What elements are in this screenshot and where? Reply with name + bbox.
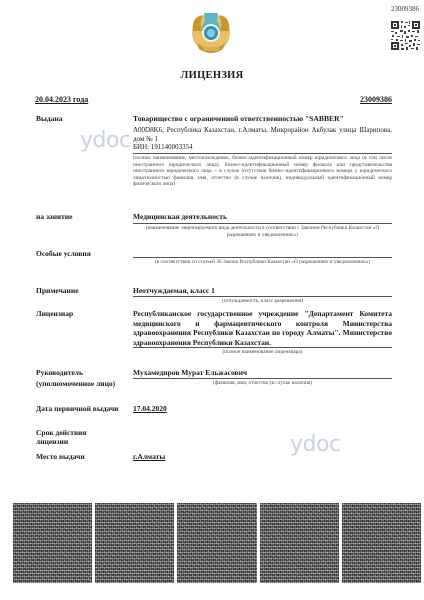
place-value: г.Алматы [133, 452, 165, 461]
issued-to-hint: (полное наименование, местонахождение, б… [133, 155, 392, 188]
note-label: Примечание [36, 286, 79, 295]
2d-barcode-icon [177, 503, 256, 583]
2d-barcode-icon [13, 503, 92, 583]
divider [133, 347, 392, 348]
activity-hint: (наименование лицензируемого вида деятел… [133, 225, 392, 238]
kazakhstan-state-emblem-icon [189, 9, 233, 56]
licensee-address: A00D8K6, Республика Казахстан, г.Алматы,… [133, 126, 392, 143]
licensor-hint: (полное наименование лицензиара) [133, 349, 392, 356]
issue-date: 20.04.2023 года [35, 95, 88, 104]
divider [133, 257, 392, 258]
licensee-name: Товарищество с ограниченной ответственно… [133, 114, 392, 123]
licensee-bin: БИН: 191140003354 [133, 143, 392, 152]
place-label: Место выдачи [36, 452, 85, 461]
issued-to-label: Выдана [36, 114, 62, 123]
first-issue-date-label: Дата первичной выдачи [36, 404, 119, 413]
2d-barcode-icon [342, 503, 421, 583]
divider [133, 223, 392, 224]
head-value: Мухамедиров Мурат Ельжасович [133, 368, 392, 377]
document-top-number: 23009386 [391, 5, 419, 13]
note-value: Неотчуждаемая, класс 1 [133, 286, 392, 295]
2d-barcode-icon [260, 503, 339, 583]
watermark-ydoc: ydoc [80, 128, 131, 153]
first-issue-date-value: 17.04.2020 [133, 404, 167, 413]
special-conditions-hint: (в соответствии со статьей 36 Закона Рес… [133, 259, 392, 266]
divider [133, 378, 392, 379]
note-hint: (отчуждаемость, класс разрешения) [133, 298, 392, 305]
head-label: Руководитель (уполномоченное лицо) [36, 368, 115, 388]
head-label-line1: Руководитель [36, 368, 115, 377]
licensor-value: Республиканское государственное учрежден… [133, 309, 392, 347]
barcode-strip [13, 503, 421, 583]
special-conditions-label: Особые условия [36, 249, 91, 258]
divider [133, 153, 392, 154]
divider [133, 296, 392, 297]
watermark-ydoc: ydoc [290, 432, 341, 457]
qr-code-icon [390, 20, 421, 51]
licensor-label: Лицензиар [36, 309, 73, 318]
validity-label-line2: лицензии [36, 437, 86, 446]
document-title: ЛИЦЕНЗИЯ [0, 70, 424, 81]
head-label-line2: (уполномоченное лицо) [36, 379, 115, 388]
validity-label-line1: Срок действия [36, 428, 86, 437]
head-hint: (фамилия, имя, отчество (в случае наличи… [133, 380, 392, 387]
activity-label: на занятие [36, 212, 72, 221]
license-number: 23009386 [360, 95, 392, 104]
validity-label: Срок действия лицензии [36, 428, 86, 446]
activity-value: Медицинская деятельность [133, 212, 392, 221]
2d-barcode-icon [95, 503, 174, 583]
